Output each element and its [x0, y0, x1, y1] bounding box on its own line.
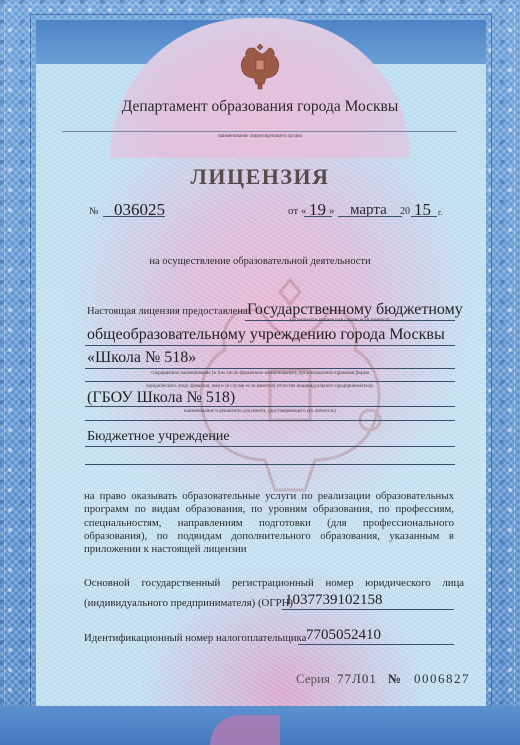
- date-day: 19: [309, 200, 326, 220]
- licensee-name-line3: «Школа № 518»: [87, 349, 196, 367]
- license-number: 036025: [114, 200, 165, 220]
- ogrn-underline: [282, 609, 454, 610]
- licensee-line6-underline: [85, 420, 455, 421]
- ogrn-label-line1: Основной государственный регистрационный…: [84, 577, 464, 589]
- issuer-caption: наименование лицензирующего органа: [0, 134, 520, 139]
- licensee-line5-underline: [85, 406, 455, 407]
- licensee-caption2: сокращенное наименование (в том числе фи…: [0, 371, 520, 376]
- issuer-name: Департамент образования города Москвы: [0, 98, 520, 116]
- ogrn-value: 1037739102158: [285, 592, 383, 609]
- licensee-line3-underline: [85, 368, 455, 369]
- inn-label: Идентификационный номер налогоплательщик…: [84, 632, 306, 644]
- licensee-line8-underline: [85, 464, 455, 465]
- licensee-name-line1: Государственному бюджетному: [247, 301, 463, 319]
- licensee-caption1: (указывается полное и (в случае если име…: [290, 318, 389, 323]
- year-suffix: г.: [438, 208, 442, 217]
- inn-underline: [298, 644, 454, 645]
- year-prefix: 20: [400, 206, 410, 217]
- series-value: 77Л01: [337, 671, 377, 687]
- inn-value: 7705052410: [306, 627, 381, 644]
- licensee-caption4: наименование и реквизиты документа, удос…: [0, 409, 520, 414]
- date-sep: »: [329, 205, 335, 217]
- licensee-short-name: (ГБОУ Школа № 518): [87, 389, 235, 407]
- licensee-intro: Настоящая лицензия предоставлена: [87, 306, 248, 317]
- licensee-line7-underline: [85, 446, 455, 447]
- blank-number-label: №: [388, 671, 401, 687]
- day-underline: [304, 216, 332, 217]
- number-label: №: [89, 206, 99, 217]
- number-underline: [103, 216, 165, 217]
- licensee-org-form: Бюджетное учреждение: [87, 429, 230, 445]
- month-underline: [338, 216, 402, 217]
- license-document: Департамент образования города Москвы на…: [0, 0, 520, 745]
- licensee-name-line2: общеобразовательному учреждению города М…: [87, 326, 445, 344]
- rights-paragraph: на право оказывать образовательные услуг…: [84, 490, 454, 556]
- coat-of-arms-icon: [237, 40, 283, 90]
- date-year: 15: [414, 200, 431, 220]
- license-purpose: на осуществление образовательной деятель…: [0, 256, 520, 267]
- blank-number: 0006827: [414, 671, 470, 687]
- licensee-line2-underline: [85, 345, 455, 346]
- licensee-line4-underline: [85, 381, 455, 382]
- year-underline: [411, 216, 437, 217]
- issuer-underline: [62, 131, 457, 132]
- series-label: Серия: [296, 671, 330, 687]
- document-title: ЛИЦЕНЗИЯ: [0, 164, 520, 190]
- ogrn-label-line2: (индивидуального предпринимателя) (ОГРН): [84, 597, 293, 609]
- licensee-caption3: юридического лица, фамилия, имя и (в слу…: [0, 384, 520, 389]
